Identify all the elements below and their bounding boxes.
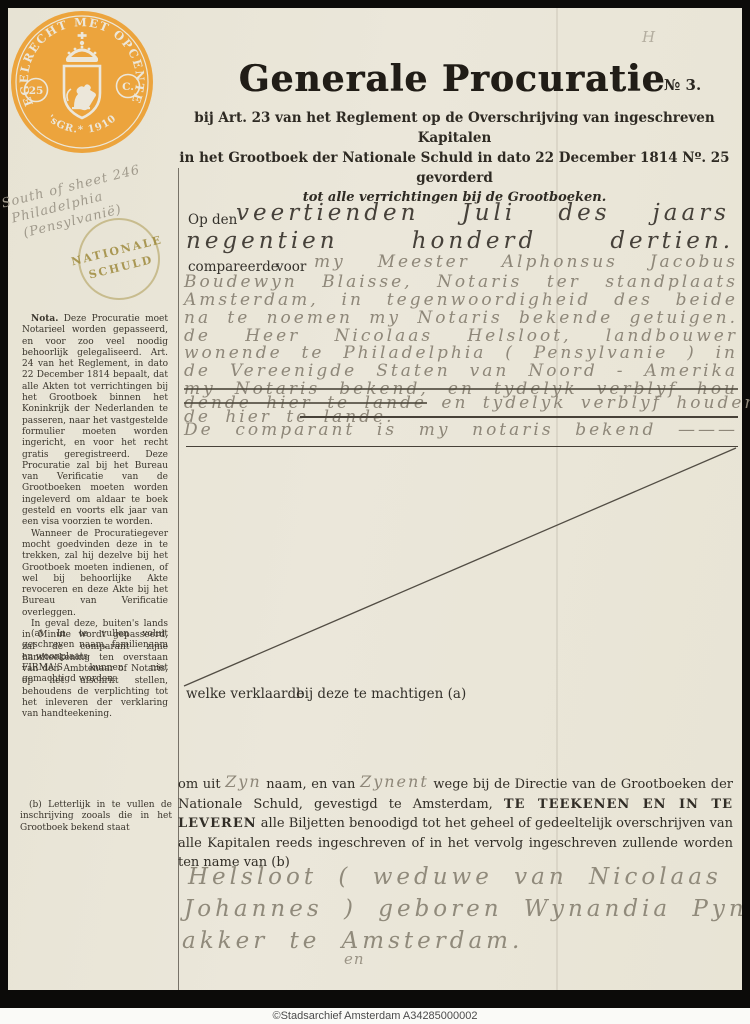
- archive-watermark: ©Stadsarchief Amsterdam A34285000002: [272, 1010, 477, 1022]
- handwriting-text: en tydelyk verblyf houden-: [441, 393, 750, 413]
- handwriting-line: de Vereenigde Staten van Noord - Amerika: [184, 362, 738, 380]
- void-diagonal-line: [170, 432, 740, 702]
- label-welke-verklaarde: welke verklaarde: [186, 686, 304, 702]
- inline-handwriting: Zyn: [225, 772, 261, 791]
- nota-label: Nota.: [31, 314, 58, 324]
- nota-paragraph-1: Nota. Deze Procuratie moet Notarieel wor…: [22, 314, 168, 529]
- subtitle-line: bij Art. 23 van het Reglement op de Over…: [177, 108, 732, 148]
- label-op-den: Op den: [188, 212, 237, 228]
- paragraph-text: om uit: [178, 777, 221, 792]
- handwriting-en: en: [344, 950, 365, 968]
- document-subtitle: bij Art. 23 van het Reglement op de Over…: [177, 108, 732, 208]
- label-machtigen: bij deze te machtigen (a): [296, 686, 466, 702]
- seal-right-badge: C.: [122, 81, 134, 93]
- seal-left-badge: 25: [29, 85, 44, 97]
- subtitle-line: in het Grootboek der Nationale Schuld in…: [177, 148, 732, 188]
- nota-text-1: Deze Procuratie moet Notarieel worden ge…: [22, 314, 168, 527]
- margin-note-a: (a) In te vullen voluit geschreven naam,…: [22, 629, 168, 685]
- authorization-paragraph: om uit Zyn naam, en van Zynent wege bij …: [178, 773, 733, 873]
- handwriting-name-line: Johannes ) geboren Wynandia Pyn: [184, 896, 737, 922]
- fill-rule: [300, 416, 738, 418]
- paragraph-text: naam, en van: [266, 777, 355, 792]
- handwriting-line: Boudewyn Blaisse, Notaris ter standplaat…: [184, 273, 738, 291]
- handwriting-line: na te noemen my Notaris bekende getuigen…: [184, 309, 738, 327]
- handwriting-date-1: veertienden Juli des jaars: [236, 200, 730, 226]
- pencil-mark-h: H: [642, 28, 655, 46]
- scan-footer-strip: ©Stadsarchief Amsterdam A34285000002: [0, 1008, 750, 1024]
- handwriting-date-2: negentien honderd dertien.: [186, 228, 734, 254]
- margin-note-b: (b) Letterlijk in te vullen de inschrijv…: [20, 800, 172, 834]
- document-number: № 3.: [664, 76, 701, 94]
- scanned-document-page: { "seal": { "arc_top": "ZEGELRECHT MET O…: [0, 0, 750, 1024]
- note-a-firma: FIRMA'S kunnen niet gemachtigd worden.: [22, 663, 168, 686]
- revenue-stamp-seal: ZEGELRECHT MET OPCENTEN 'sGR.* 1910 25 C…: [6, 6, 158, 158]
- paragraph-text: alle Biljetten benoodigd tot het geheel …: [178, 816, 733, 870]
- note-a-text: (a) In te vullen voluit geschreven naam,…: [22, 629, 168, 663]
- handwriting-name-line: Helsloot ( weduwe van Nicolaas: [188, 864, 716, 890]
- handwriting-line: my Meester Alphonsus Jacobus: [314, 253, 738, 271]
- handwriting-line: Amsterdam, in tegenwoordigheid des beide: [184, 291, 738, 309]
- inline-handwriting: Zynent: [360, 772, 429, 791]
- handwriting-line: wonende te Philadelphia ( Pensylvanie ) …: [184, 344, 738, 362]
- nota-paragraph-2: Wanneer de Procuratiegever mocht goedvin…: [22, 529, 168, 619]
- document-title: Generale Procuratie: [232, 58, 672, 100]
